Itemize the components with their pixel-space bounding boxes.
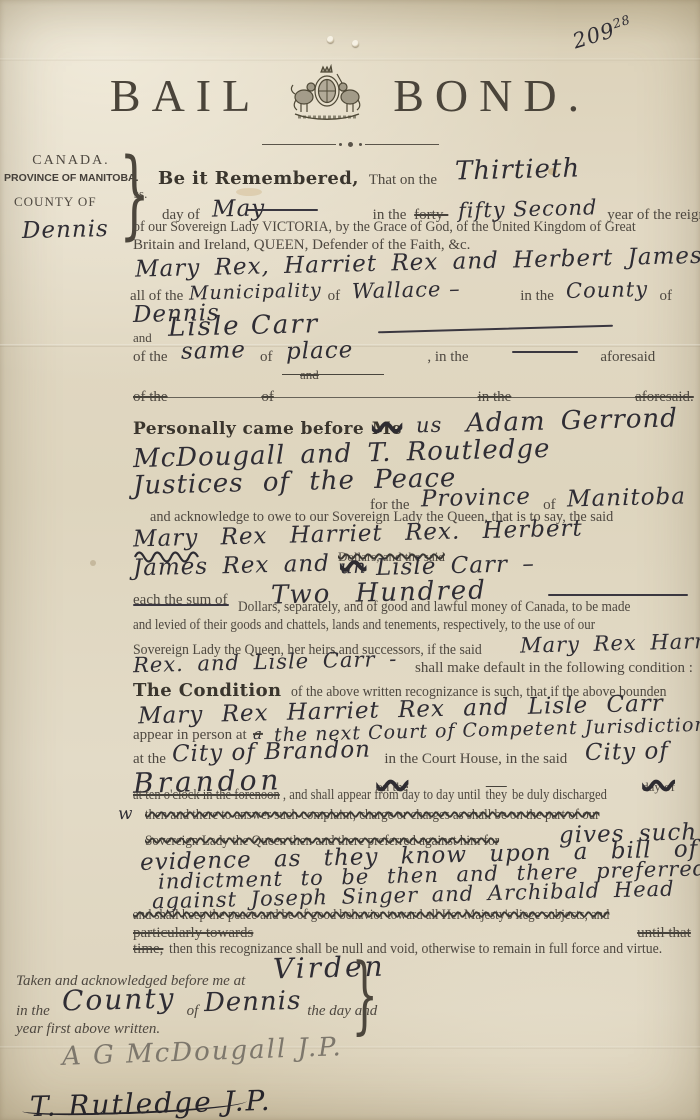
divider-dot [348,142,353,147]
of-label: of [260,349,273,365]
null-void-line: time, then this recognizance shall be nu… [133,940,700,959]
place-word-handwritten: place [286,336,354,366]
divider-dot [359,143,362,146]
discharged-line: at ten o'clock in the forenoon , and sha… [133,786,697,805]
of-label: of [328,288,341,304]
place-handwritten: Wallace – [352,276,461,305]
pen-dash [512,351,578,353]
dollars-made-line: Dollars, separately, and of good and law… [238,598,679,617]
royal-coat-of-arms-icon [283,64,371,126]
bail-bond-document: 20928 BAIL BOND. [0,0,700,1120]
venue-province: PROVINCE OF MANITOBA. [4,172,134,185]
pen-underline [133,604,229,606]
pen-stroke [378,325,613,334]
us-handwritten: us [416,412,443,439]
attestation-brace: } [351,952,378,1036]
venue-county-value: Dennis [22,215,110,246]
strike-line [282,374,384,375]
pen-dash [246,209,318,211]
venue-country: CANADA. [15,152,127,170]
of-label: of [660,288,673,304]
altered-they: they [485,786,507,803]
ink-stain [90,560,96,566]
strike-line [133,397,690,398]
margin-insert-handwritten: w [118,804,134,826]
divider-line [365,144,439,145]
that-on-the: That on the [369,172,437,188]
attestation-county-value: Dennis [204,985,302,1020]
divider-line [262,144,336,145]
struck-ten-oclock: at ten o'clock in the forenoon [133,787,280,803]
county-word-handwritten: County [565,276,648,304]
divider-dot [339,143,342,146]
reign-text: of our Sovereign Lady VICTORIA, by the G… [133,218,636,237]
of-the-label: of the [133,349,168,365]
docket-main: 209 [570,18,618,54]
docket-number: 20928 [569,12,635,55]
default-line: Rex. and Lisle Carr - shall make default… [133,652,693,678]
the-condition-label: The Condition [133,680,282,701]
document-title: BAIL BOND. [0,64,700,126]
opening-line-3: of our Sovereign Lady VICTORIA, by the G… [133,218,674,237]
pin-hole [352,40,359,47]
docket-superscript: 28 [611,12,633,32]
opening-line-1: Be it Remembered, That on the Thirtieth [158,160,580,193]
title-word-bond: BOND. [393,69,590,122]
paper-crease [0,58,700,61]
ss-abbreviation: ss. [134,186,147,202]
title-word-bail: BAIL [110,69,261,122]
pen-underline [548,594,688,596]
attestation-county-word: County [61,981,175,1019]
same-handwritten: same [181,336,247,366]
pin-hole [327,36,334,43]
struck-and: and [300,366,319,385]
in-the-label: in the [520,288,554,304]
personally-came-before: Personally came before [133,419,364,439]
attestation-line-3: year first above written. [16,1020,160,1039]
struck-peace-line: and shall keep the peace and be of good … [133,906,693,925]
struck-until-that: until that [637,925,691,941]
venue-county-label: COUNTY OF [14,194,97,210]
be-it-remembered: Be it Remembered, [158,168,359,189]
residence-line-2: of the same of place , in the aforesaid [133,340,655,369]
attestation-line-2: in the County of Dennis the day and [16,988,377,1024]
struck-time: time, [133,941,163,957]
aforesaid-label: aforesaid [600,349,655,365]
in-the-label: , in the [427,349,468,365]
day-handwritten: Thirtieth [454,152,580,188]
divider-ornament [0,142,700,147]
